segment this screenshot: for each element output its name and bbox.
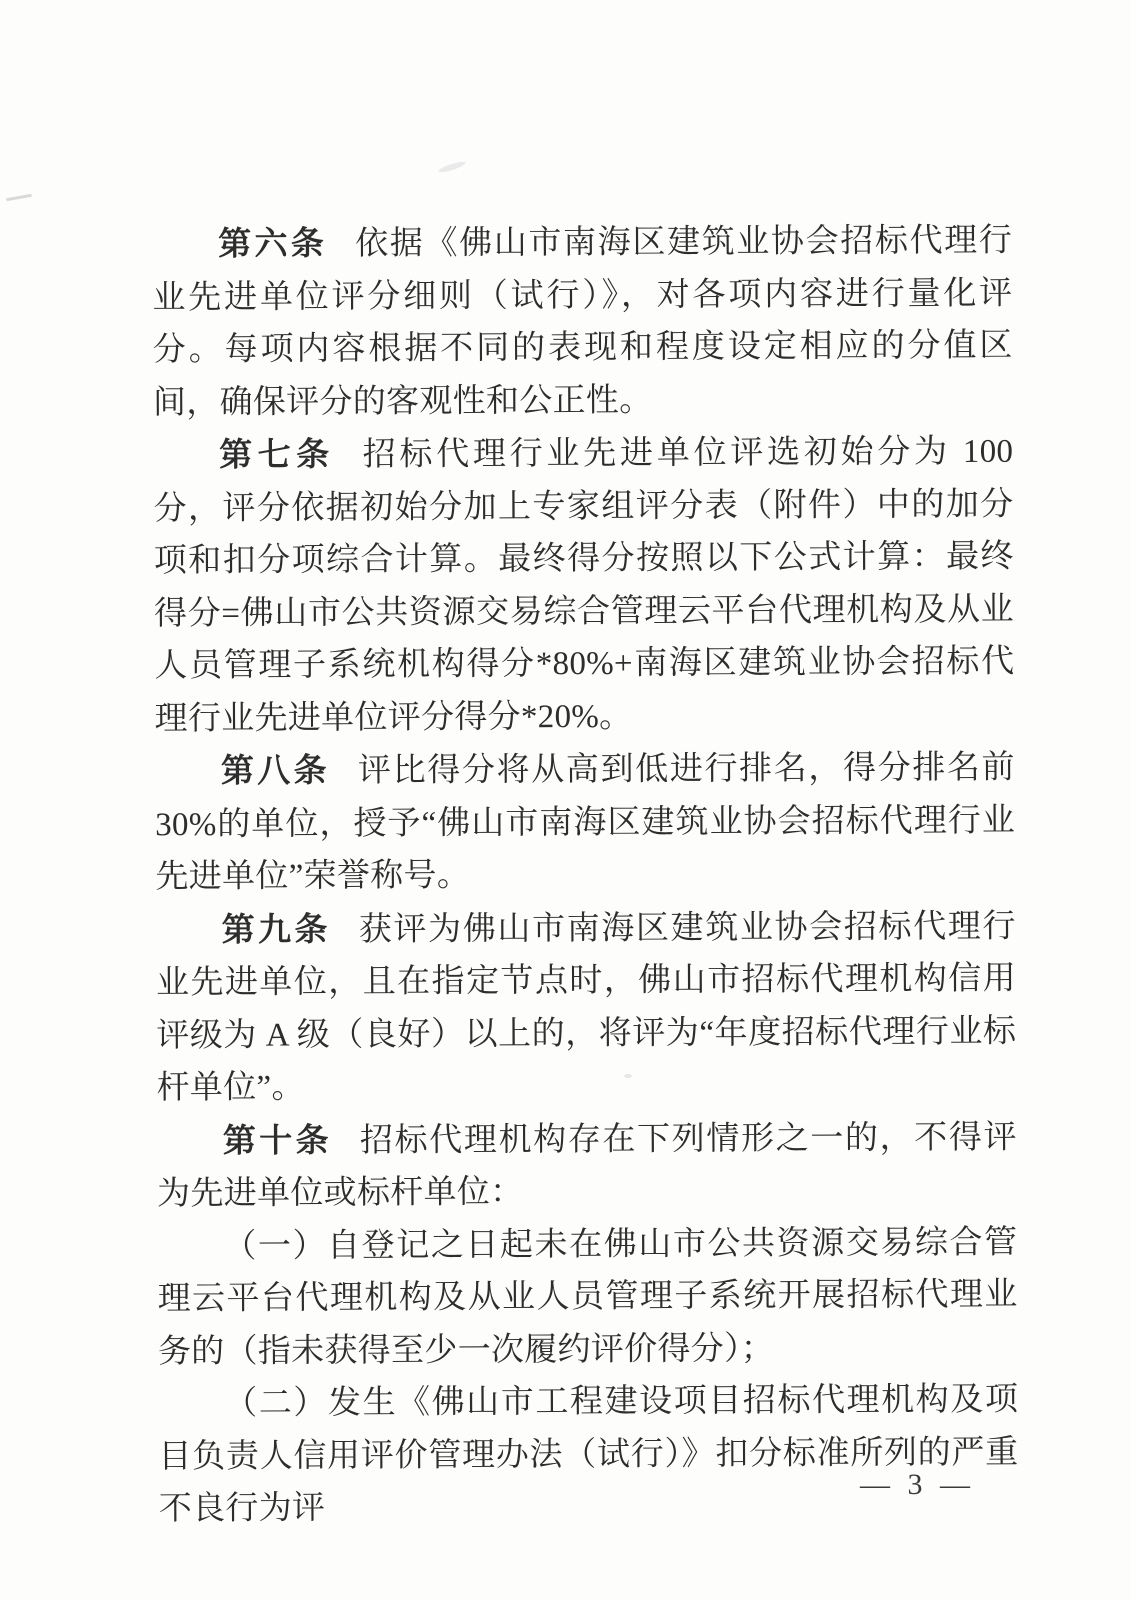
scan-smudge [438,160,466,174]
paragraph: 第七条招标代理行业先进单位评选初始分为 100 分，评分依据初始分加上专家组评分… [153,425,1015,745]
article-number-label: 第八条 [221,751,330,789]
paragraph: 第六条依据《佛山市南海区建筑业协会招标代理行业先进单位评分细则（试行）》，对各项… [152,214,1013,430]
paragraph: （一）自登记之日起未在佛山市公共资源交易综合管理云平台代理机构及从业人员管理子系… [157,1216,1018,1378]
paragraph: （二）发生《佛山市工程建设项目招标代理机构及项目负责人信用评价管理办法（试行）》… [158,1374,1019,1536]
article-number-label: 第九条 [222,910,331,948]
article-number-label: 第十条 [223,1121,332,1159]
paragraph: 第八条评比得分将从高到低进行排名，得分排名前 30%的单位，授予“佛山市南海区建… [155,741,1016,904]
page-number: — 3 — [860,1468,975,1502]
paragraph: 第十条招标代理机构存在下列情形之一的，不得评为先进单位或标杆单位： [157,1110,1018,1221]
scan-smudge [6,194,32,201]
paragraph: 第九条获评为佛山市南海区建筑业协会招标代理行业先进单位，且在指定节点时，佛山市招… [156,899,1017,1115]
article-number-label: 第六条 [218,224,327,262]
document-body: 第六条依据《佛山市南海区建筑业协会招标代理行业先进单位评分细则（试行）》，对各项… [152,214,1019,1536]
document-page: 第六条依据《佛山市南海区建筑业协会招标代理行业先进单位评分细则（试行）》，对各项… [0,0,1131,1600]
article-number-label: 第七条 [219,435,335,473]
